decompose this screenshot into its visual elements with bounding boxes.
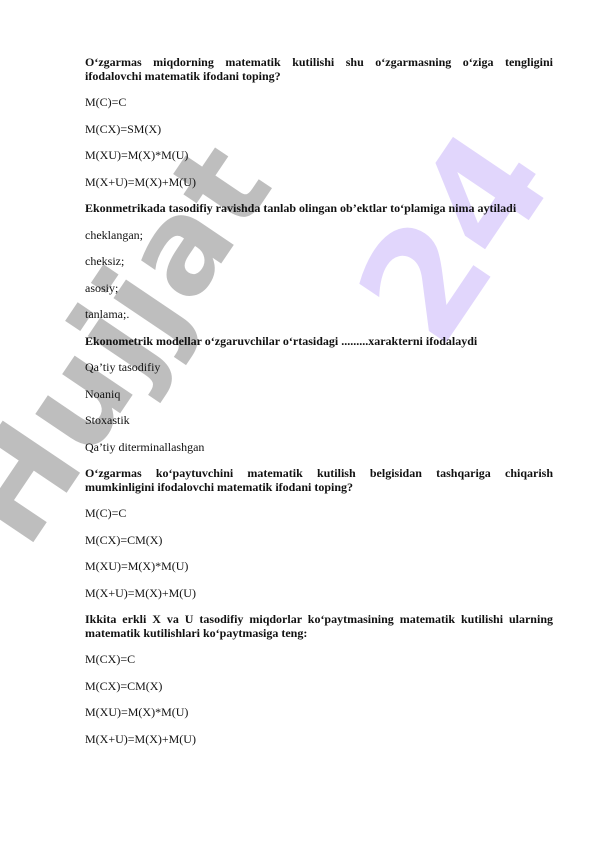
answer-option: M(XU)=M(X)*M(U) <box>85 149 553 163</box>
answer-option: M(CX)=CM(X) <box>85 680 553 694</box>
answer-option: M(CX)=SM(X) <box>85 123 553 137</box>
question-text: Ekonmetrikada tasodifiy ravishda tanlab … <box>85 202 553 216</box>
answer-option: M(C)=C <box>85 507 553 521</box>
quiz-content: O‘zgarmas miqdorning matematik kutilishi… <box>85 56 553 759</box>
document-page: Hujjat 24 O‘zgarmas miqdorning matematik… <box>0 0 596 842</box>
answer-option: Noaniq <box>85 388 553 402</box>
answer-option: M(XU)=M(X)*M(U) <box>85 560 553 574</box>
question-text: O‘zgarmas miqdorning matematik kutilishi… <box>85 56 553 83</box>
question-block-5: Ikkita erkli X va U tasodifiy miqdorlar … <box>85 613 553 746</box>
answer-option: cheklangan; <box>85 229 553 243</box>
answer-option: Qa’tiy diterminallashgan <box>85 441 553 455</box>
question-block-4: O‘zgarmas ko‘paytuvchini matematik kutil… <box>85 467 553 600</box>
question-block-2: Ekonmetrikada tasodifiy ravishda tanlab … <box>85 202 553 322</box>
answer-option: cheksiz; <box>85 255 553 269</box>
answer-option: tanlama;. <box>85 308 553 322</box>
question-block-3: Ekonometrik modellar o‘zgaruvchilar o‘rt… <box>85 335 553 455</box>
answer-option: M(CX)=C <box>85 653 553 667</box>
answer-option: M(C)=C <box>85 96 553 110</box>
answer-option: M(X+U)=M(X)+M(U) <box>85 733 553 747</box>
answer-option: M(XU)=M(X)*M(U) <box>85 706 553 720</box>
answer-option: M(X+U)=M(X)+M(U) <box>85 587 553 601</box>
answer-option: M(X+U)=M(X)+M(U) <box>85 176 553 190</box>
question-text: Ikkita erkli X va U tasodifiy miqdorlar … <box>85 613 553 640</box>
question-block-1: O‘zgarmas miqdorning matematik kutilishi… <box>85 56 553 189</box>
answer-option: asosiy; <box>85 282 553 296</box>
answer-option: M(CX)=CM(X) <box>85 534 553 548</box>
answer-option: Stoxastik <box>85 414 553 428</box>
answer-option: Qa’tiy tasodifiy <box>85 361 553 375</box>
question-text: Ekonometrik modellar o‘zgaruvchilar o‘rt… <box>85 335 553 349</box>
question-text: O‘zgarmas ko‘paytuvchini matematik kutil… <box>85 467 553 494</box>
